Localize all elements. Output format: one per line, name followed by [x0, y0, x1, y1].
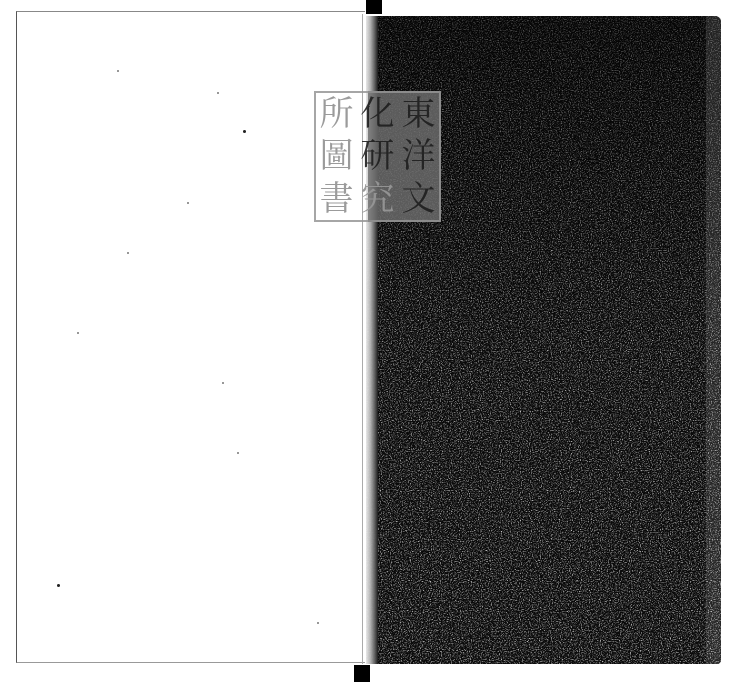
seal-characters: 東 化 所 洋 研 圖 文 究 書 — [316, 93, 439, 220]
paper-speck — [127, 252, 129, 254]
paper-speck — [222, 382, 224, 384]
seal-char: 洋 — [398, 135, 439, 177]
registration-mark-bottom — [354, 665, 370, 682]
seal-char: 究 — [357, 178, 398, 220]
paper-speck — [243, 130, 246, 133]
paper-speck — [317, 622, 319, 624]
seal-char: 研 — [357, 135, 398, 177]
seal-char: 圖 — [316, 135, 357, 177]
registration-mark-top — [366, 0, 382, 14]
left-blank-page — [16, 11, 365, 663]
scan-canvas: 東 化 所 洋 研 圖 文 究 書 — [0, 0, 750, 682]
paper-speck — [117, 70, 119, 72]
seal-char: 東 — [398, 93, 439, 135]
seal-char: 化 — [357, 93, 398, 135]
paper-speck — [187, 202, 189, 204]
paper-speck — [217, 92, 219, 94]
seal-char: 書 — [316, 178, 357, 220]
paper-speck — [57, 584, 60, 587]
seal-char: 文 — [398, 178, 439, 220]
seal-char: 所 — [316, 93, 357, 135]
paper-speck — [77, 332, 79, 334]
paper-speck — [237, 452, 239, 454]
